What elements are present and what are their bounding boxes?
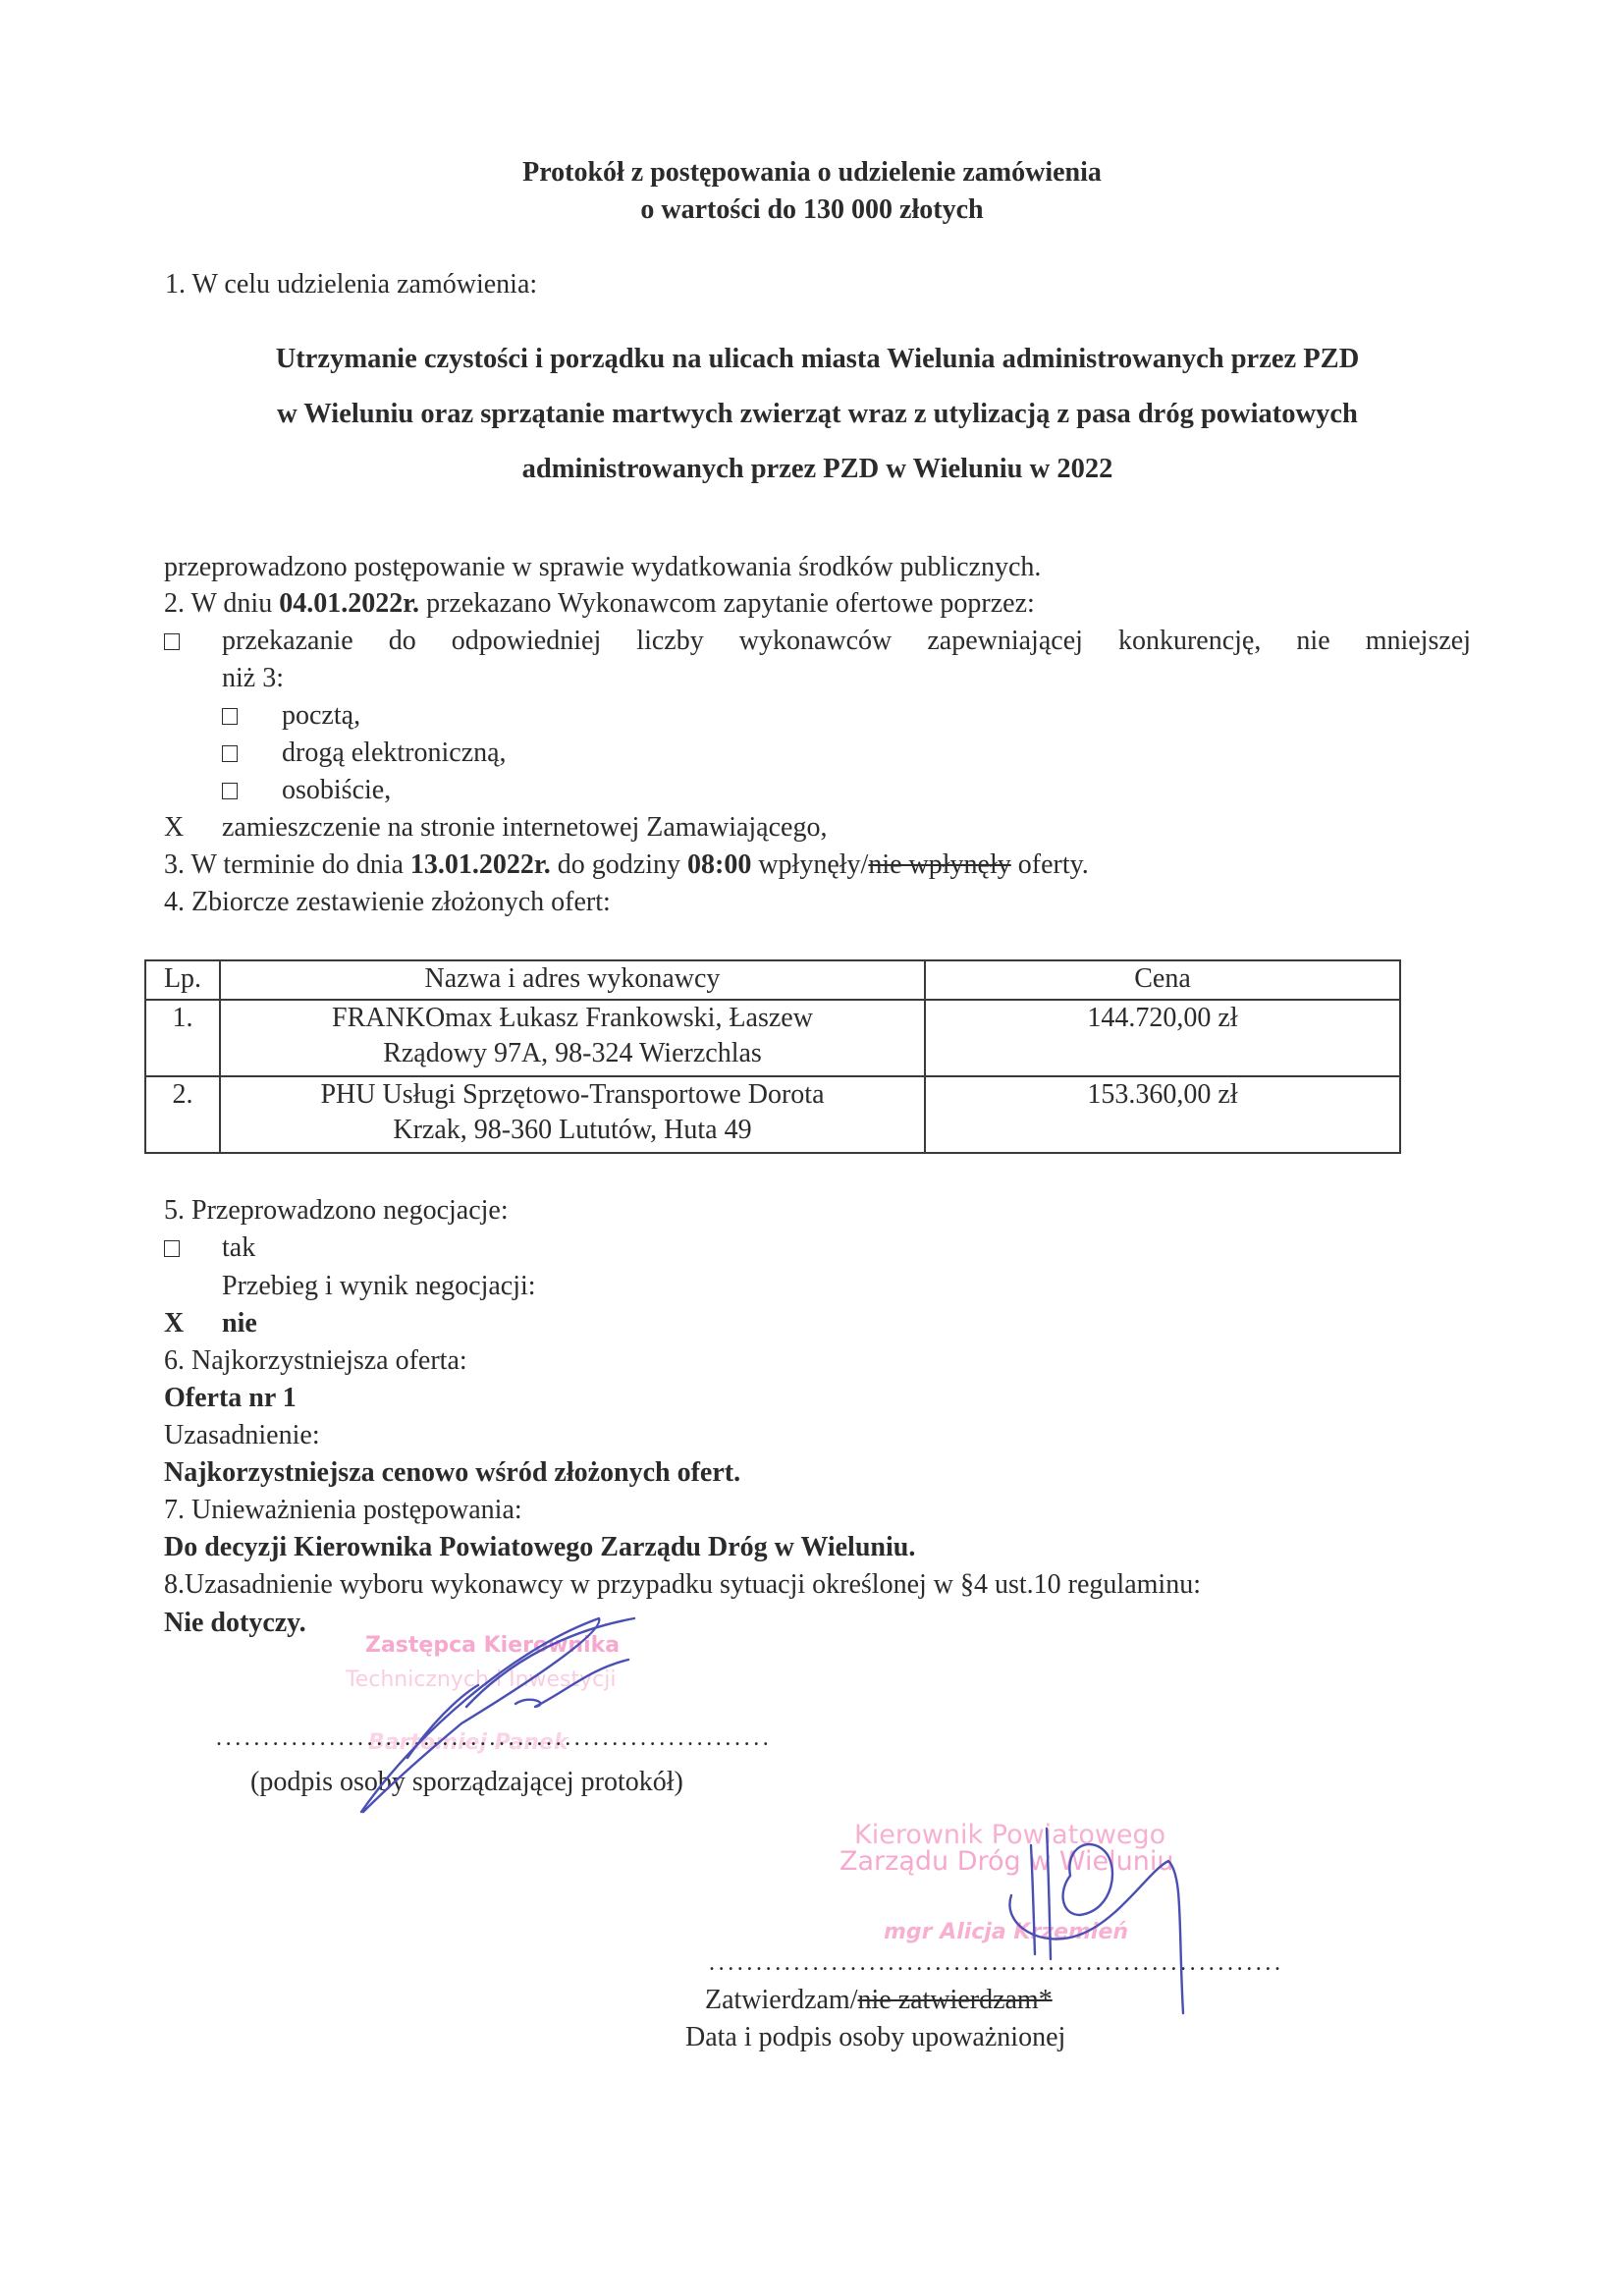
best-offer-value: Oferta nr 1 bbox=[164, 1382, 297, 1415]
document-title-line2: o wartości do 130 000 złotych bbox=[0, 192, 1624, 228]
option-no-label: nie bbox=[222, 1307, 257, 1340]
document-title-line1: Protokół z postępowania o udzielenie zam… bbox=[0, 155, 1624, 191]
justification-value: Najkorzystniejsza cenowo wśród złożonych… bbox=[164, 1456, 740, 1490]
reject-label-struck: nie zatwierdzam* bbox=[857, 1985, 1052, 2015]
stamp-right-line2: Zarządu Dróg w Wieluniu bbox=[839, 1846, 1173, 1877]
signature-caption-left: (podpis osoby sporządzającej protokół) bbox=[250, 1766, 683, 1799]
option-competition-label-line1: przekazanie do odpowiedniej liczby wykon… bbox=[222, 625, 1471, 658]
header-contractor: Nazwa i adres wykonawcy bbox=[220, 960, 925, 1000]
option-yes bbox=[164, 1231, 180, 1265]
header-lp: Lp. bbox=[145, 960, 220, 1000]
signature-caption-right: Data i podpis osoby upoważnionej bbox=[685, 2021, 1065, 2054]
section1-label: 1. W celu udzielenia zamówienia: bbox=[165, 268, 537, 301]
section3-line: 3. W terminie do dnia 13.01.2022r. do go… bbox=[164, 848, 1089, 882]
row-lp: 2. bbox=[145, 1076, 220, 1153]
table-header-row: Lp. Nazwa i adres wykonawcy Cena bbox=[145, 960, 1400, 1000]
section7-label: 7. Unieważnienia postępowania: bbox=[164, 1494, 522, 1527]
checkbox-unchecked-icon bbox=[222, 708, 238, 725]
negotiation-note: Przebieg i wynik negocjacji: bbox=[222, 1270, 536, 1303]
section4-label: 4. Zbiorcze zestawienie złożonych ofert: bbox=[164, 886, 611, 919]
suboption-electronic bbox=[222, 737, 238, 770]
subject-line1: Utrzymanie czystości i porządku na ulica… bbox=[182, 344, 1453, 375]
suboption-personal bbox=[222, 774, 238, 807]
section7-value: Do decyzji Kierownika Powiatowego Zarząd… bbox=[164, 1531, 915, 1564]
signature-line-right: ........................................… bbox=[709, 1950, 1284, 1977]
checkbox-unchecked-icon bbox=[164, 1240, 180, 1257]
struck-not-received: nie wpłynęły bbox=[868, 849, 1010, 880]
section6-label: 6. Najkorzystniejsza oferta: bbox=[164, 1344, 467, 1378]
row-price: 153.360,00 zł bbox=[925, 1076, 1400, 1153]
checkbox-checked-x-icon: X bbox=[164, 1307, 184, 1340]
approval-line: Zatwierdzam/nie zatwierdzam* bbox=[705, 1984, 1053, 2017]
approve-label: Zatwierdzam/ bbox=[705, 1985, 857, 2015]
option-competition-label-line2: niż 3: bbox=[222, 662, 284, 695]
header-price: Cena bbox=[925, 960, 1400, 1000]
subject-line2: w Wieluniu oraz sprzątanie martwych zwie… bbox=[182, 399, 1453, 430]
subject-line3: administrowanych przez PZD w Wieluniu w … bbox=[182, 454, 1453, 485]
checkbox-unchecked-icon bbox=[164, 633, 180, 650]
table-row: 2. PHU Usługi Sprzętowo-Transportowe Dor… bbox=[145, 1076, 1400, 1153]
section5-label: 5. Przeprowadzono negocjacje: bbox=[164, 1194, 509, 1228]
option-yes-label: tak bbox=[222, 1231, 255, 1265]
justification-label: Uzasadnienie: bbox=[164, 1419, 320, 1452]
checkbox-checked-x-icon: X bbox=[164, 811, 184, 845]
deadline-time: 08:00 bbox=[687, 849, 751, 880]
stamp-left-line1: Zastępca Kierownika bbox=[365, 1633, 620, 1658]
signature-line-left: ........................................… bbox=[216, 1725, 772, 1752]
offers-table: Lp. Nazwa i adres wykonawcy Cena 1. FRAN… bbox=[144, 959, 1401, 1154]
row-contractor: PHU Usługi Sprzętowo-Transportowe Dorota… bbox=[220, 1076, 925, 1153]
deadline-date: 13.01.2022r. bbox=[410, 849, 551, 880]
stamp-right-line3: mgr Alicja Krzemień bbox=[884, 1920, 1128, 1944]
section2-line: 2. W dniu 04.01.2022r. przekazano Wykona… bbox=[164, 587, 1035, 621]
table-row: 1. FRANKOmax Łukasz Frankowski, Łaszew R… bbox=[145, 1000, 1400, 1076]
stamp-left-line2: Technicznych i Inwestycji bbox=[346, 1667, 616, 1692]
suboption-personal-label: osobiście, bbox=[282, 774, 391, 807]
section2-date: 04.01.2022r. bbox=[279, 588, 419, 619]
suboption-electronic-label: drogą elektroniczną, bbox=[282, 737, 507, 770]
section8-label: 8.Uzasadnienie wyboru wykonawcy w przypa… bbox=[164, 1568, 1201, 1602]
suboption-post bbox=[222, 699, 238, 733]
row-contractor: FRANKOmax Łukasz Frankowski, Łaszew Rząd… bbox=[220, 1000, 925, 1076]
signature-left-stroke bbox=[466, 1618, 634, 1707]
option-website-label: zamieszczenie na stronie internetowej Za… bbox=[222, 811, 827, 845]
section8-value: Nie dotyczy. bbox=[164, 1607, 306, 1640]
procedure-text: przeprowadzono postępowanie w sprawie wy… bbox=[164, 551, 1041, 584]
checkbox-unchecked-icon bbox=[222, 745, 238, 762]
suboption-post-label: pocztą, bbox=[282, 699, 360, 733]
checkbox-unchecked-icon bbox=[222, 783, 238, 799]
row-lp: 1. bbox=[145, 1000, 220, 1076]
row-price: 144.720,00 zł bbox=[925, 1000, 1400, 1076]
option-competition bbox=[164, 625, 180, 658]
